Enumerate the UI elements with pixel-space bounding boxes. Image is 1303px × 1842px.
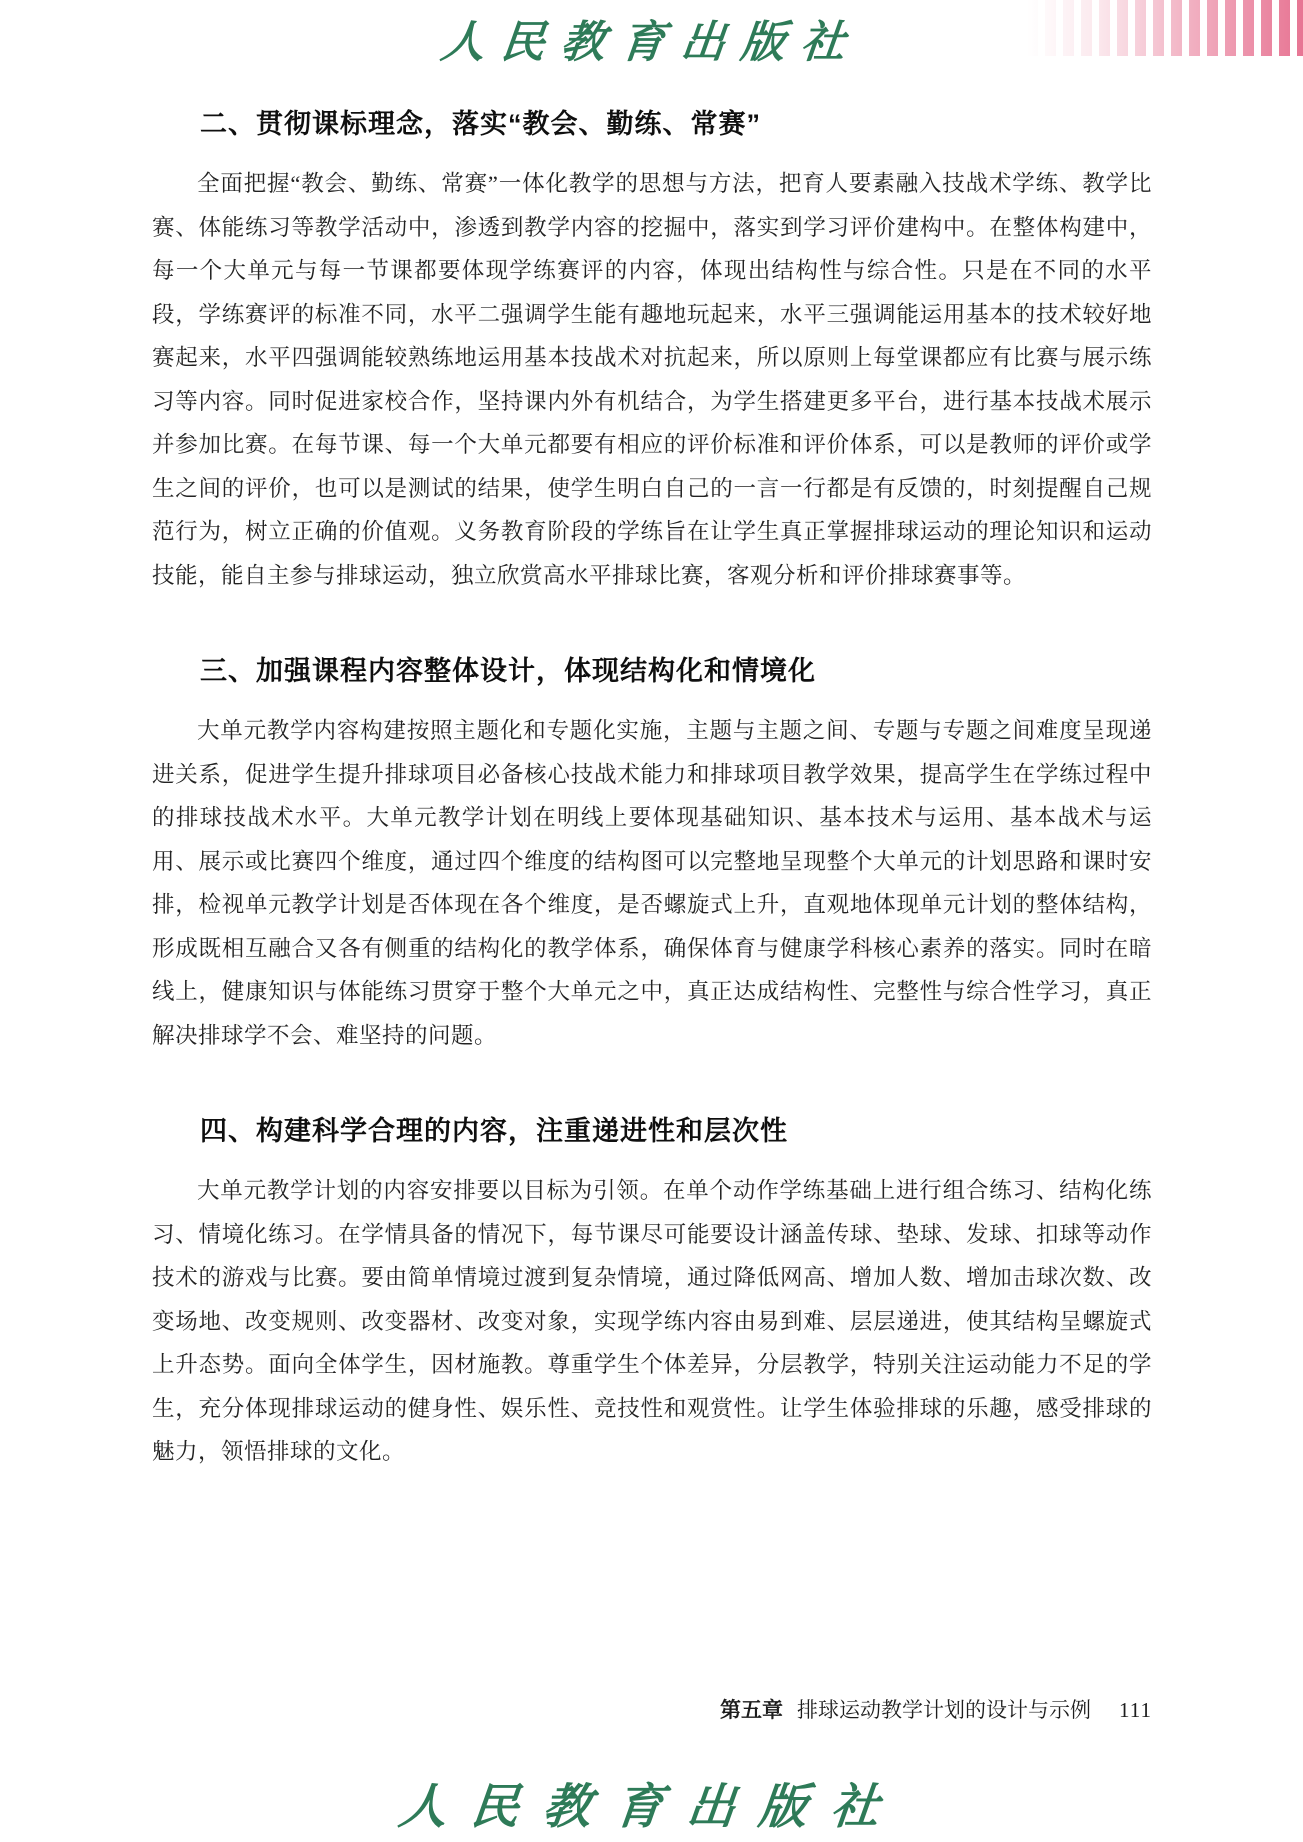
section-4: 四、构建科学合理的内容，注重递进性和层次性 大单元教学计划的内容安排要以目标为引… xyxy=(152,1057,1152,1474)
section-paragraph: 大单元教学计划的内容安排要以目标为引领。在单个动作学练基础上进行组合练习、结构化… xyxy=(152,1169,1152,1474)
section-heading: 二、贯彻课标理念，落实“教会、勤练、常赛” xyxy=(200,92,1152,156)
footer-page-number: 111 xyxy=(1119,1698,1152,1722)
section-paragraph: 全面把握“教会、勤练、常赛”一体化教学的思想与方法，把育人要素融入技战术学练、教… xyxy=(152,162,1152,597)
footer-chapter-title: 排球运动教学计划的设计与示例 xyxy=(797,1698,1091,1722)
decorative-pink-bars xyxy=(1027,0,1303,56)
section-3: 三、加强课程内容整体设计，体现结构化和情境化 大单元教学内容构建按照主题化和专题… xyxy=(152,597,1152,1057)
section-heading: 三、加强课程内容整体设计，体现结构化和情境化 xyxy=(200,597,1152,703)
publisher-logo-bottom: 人民教育出版社 xyxy=(0,1768,1303,1837)
book-page: 人民教育出版社 二、贯彻课标理念，落实“教会、勤练、常赛” 全面把握“教会、勤练… xyxy=(0,0,1303,1842)
page-content: 二、贯彻课标理念，落实“教会、勤练、常赛” 全面把握“教会、勤练、常赛”一体化教… xyxy=(152,92,1152,1474)
footer-chapter-label: 第五章 xyxy=(720,1699,783,1722)
section-paragraph: 大单元教学内容构建按照主题化和专题化实施，主题与主题之间、专题与专题之间难度呈现… xyxy=(152,709,1152,1057)
section-heading: 四、构建科学合理的内容，注重递进性和层次性 xyxy=(200,1057,1152,1163)
page-footer: 第五章排球运动教学计划的设计与示例111 xyxy=(152,1694,1152,1724)
section-2: 二、贯彻课标理念，落实“教会、勤练、常赛” 全面把握“教会、勤练、常赛”一体化教… xyxy=(152,92,1152,597)
